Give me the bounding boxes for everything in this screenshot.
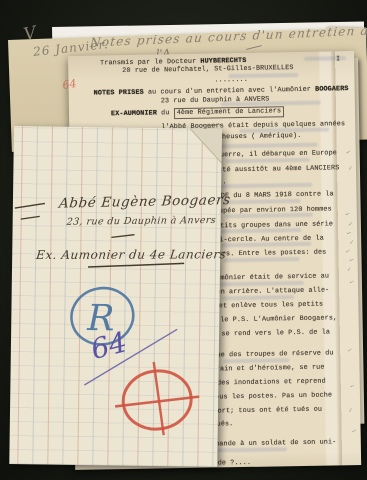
typed-line: etits groupes dans une série	[216, 221, 333, 230]
typed-line: 'Aumônier était de service au	[208, 273, 329, 282]
typed-line: e, se rend vers le P.S. de la	[209, 329, 330, 338]
margin-check-mark: ✓	[351, 428, 358, 436]
carbon-text-smudge	[222, 143, 318, 149]
margin-check-mark: ✓	[347, 256, 355, 265]
role-underline	[88, 262, 184, 268]
ex-mid: du	[157, 109, 174, 117]
typed-line: oupée par environ 120 hommes	[215, 206, 332, 215]
typed-line: Guerre, il débarque en Europe	[216, 150, 337, 159]
margin-check-mark: ✓	[349, 239, 355, 247]
red-cross-circle	[120, 367, 195, 433]
typed-line: r et enlève tous les petits	[210, 302, 323, 311]
ledger-annotations: R 64	[9, 126, 222, 467]
pencil-stroke	[246, 45, 262, 50]
handwritten-role: Ex. Aumonier du 4e Lanciers	[36, 247, 227, 262]
pencil-tick-mark: V	[22, 23, 38, 45]
role-regiment: 4e Lanciers	[149, 247, 227, 261]
document-number: 64	[88, 325, 131, 366]
carbon-text-smudge	[220, 183, 312, 189]
margin-check-mark: ✓	[345, 229, 353, 238]
margin-check-mark: ✓	[347, 165, 353, 173]
ex-aumonier-label: EX-AUMONIER	[111, 109, 157, 118]
regiment-label: 4ème Régiment de Lanciers	[174, 106, 285, 119]
red-cross-vertical	[153, 362, 165, 435]
ledger-note-sheet: R 64 Abbé Eugène Boogaers 23, rue du Dau…	[9, 126, 222, 467]
margin-dash	[15, 203, 45, 208]
typed-line: s des inondations et reprend	[209, 379, 326, 388]
margin-check-mark: ✓	[349, 382, 356, 390]
typed-line: ntrain et d'héroïsme, se rue	[207, 365, 324, 374]
typed-line: eurs. Entre les postes: des	[213, 250, 326, 259]
typed-line: éport; tous ont été tués ou	[209, 407, 322, 416]
role-prefix: Ex. Aumonier du	[36, 248, 151, 262]
separator-dash	[111, 234, 134, 237]
margin-check-mark: ✓	[348, 221, 354, 228]
notes-prises-label: NOTES PRISES	[94, 89, 144, 98]
red-cross-horizontal	[115, 395, 199, 407]
margin-check-mark: ✓	[348, 407, 354, 415]
typed-line: ecté aussitôt au 4ème LANCIERS	[214, 165, 339, 174]
margin-check-mark: ✓	[345, 248, 352, 256]
typed-line: aque des troupes de réserve du	[208, 350, 333, 359]
pencil-note-text: Notes prises au cours d'un entretien ave…	[89, 22, 367, 49]
typed-line: e en arrière. L'attaque alle-	[208, 287, 329, 296]
margin-dash	[21, 216, 40, 219]
aumonier-name: BOOGAERS	[315, 85, 349, 94]
typed-line: tous les postes. Pas un boche	[211, 392, 332, 401]
notes-mid: au cours d'un entretien avec l'Aumônier	[144, 86, 315, 97]
margin-check-mark: ✓	[348, 278, 355, 286]
typed-header-ex-aumonier: EX-AUMONIER du 4ème Régiment de Lanciers	[111, 108, 284, 118]
handwritten-address: 23, rue du Dauphin à Anvers	[66, 215, 217, 228]
red-pencil-number: 64	[62, 77, 78, 92]
margin-check-mark: ✓	[345, 149, 352, 157]
margin-check-mark: ✓	[347, 347, 353, 355]
margin-check-mark: ✓	[346, 266, 352, 273]
typed-line: demande à un soldat de son uni-	[207, 439, 337, 448]
margin-check-mark: ✓	[344, 210, 351, 218]
archive-scan: V 26 Janvier. Notes prises au cours d'un…	[0, 0, 367, 480]
typed-line: re le P.S. L'Aumônier Boogaers,	[208, 315, 338, 324]
page-number: I	[336, 56, 340, 63]
typed-dots: ........	[214, 77, 248, 84]
typed-line: Rocheuses ( Amérique).	[209, 133, 301, 141]
